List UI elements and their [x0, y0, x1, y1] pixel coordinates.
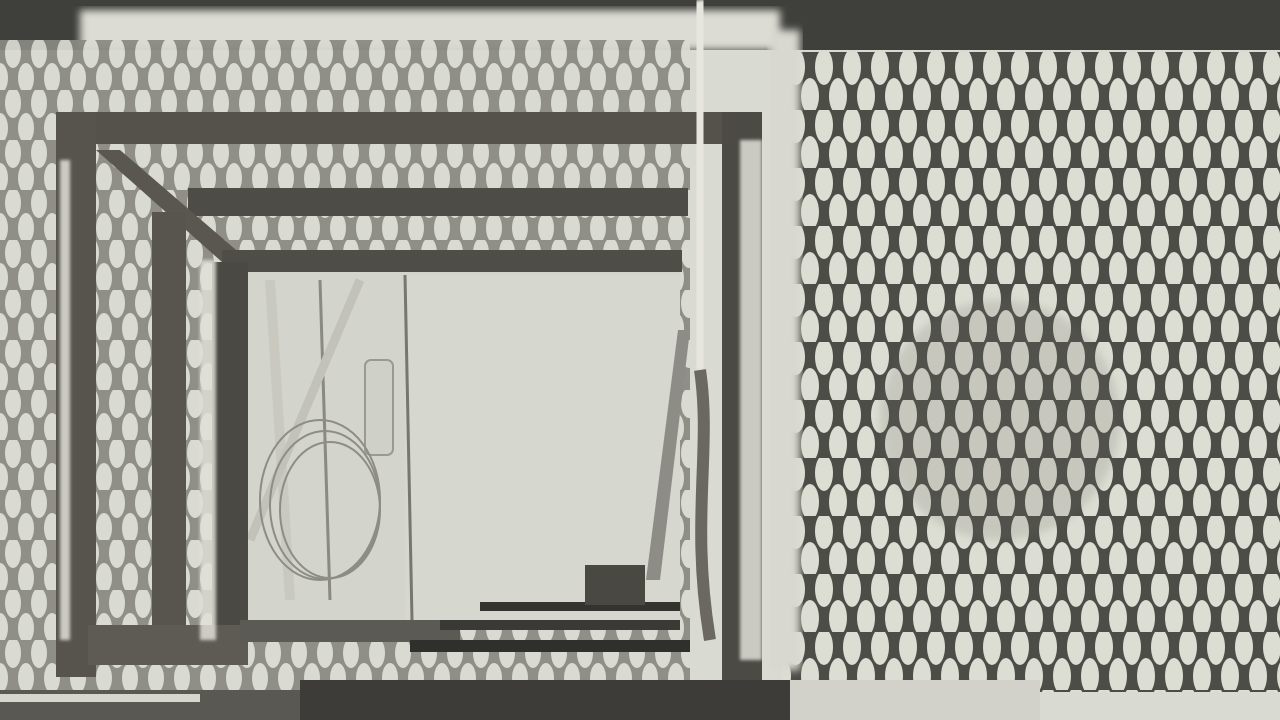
snow-ledge	[0, 694, 200, 702]
photo-scene	[0, 0, 1280, 720]
mesh-grime	[880, 300, 1120, 540]
equipment-box	[790, 680, 1040, 720]
snow-covered-rope	[697, 0, 703, 370]
tower-platform-photo	[0, 0, 1280, 720]
snow-edge-mesh	[770, 30, 800, 670]
